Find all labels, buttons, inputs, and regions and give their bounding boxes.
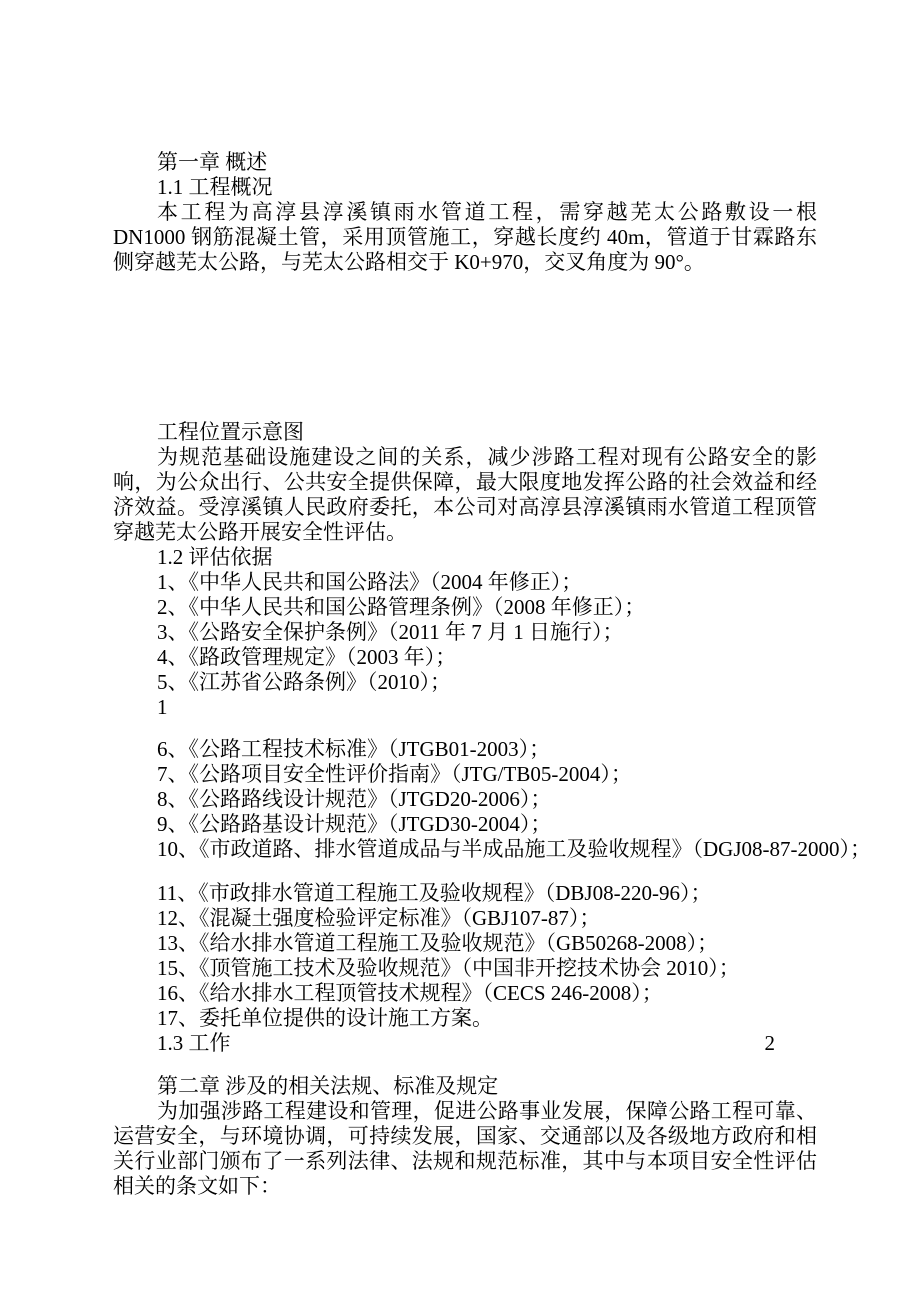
document-page: 第一章 概述 1.1 工程概况 本工程为高淳县淳溪镇雨水管道工程，需穿越芜太公路… bbox=[0, 0, 920, 1302]
reference-item-10: 10、《市政道路、排水管道成品与半成品施工及验收规程》（DGJ08-87-200… bbox=[113, 837, 817, 862]
chapter1-heading: 第一章 概述 bbox=[113, 150, 817, 175]
section-1-1-heading: 1.1 工程概况 bbox=[113, 175, 817, 200]
reference-item-8: 8、《公路路线设计规范》（JTGD20-2006）； bbox=[113, 787, 817, 812]
reference-item-12: 12、《混凝土强度检验评定标准》（GBJ107-87）； bbox=[113, 906, 817, 931]
chapter2-block: 第二章 涉及的相关法规、标准及规定 为加强涉路工程建设和管理，促进公路事业发展，… bbox=[113, 1074, 817, 1199]
reference-item-1: 1、《中华人民共和国公路法》（2004 年修正）； bbox=[113, 570, 817, 595]
references-block-3: 11、《市政排水管道工程施工及验收规程》（DBJ08-220-96）； 12、《… bbox=[113, 881, 817, 1056]
reference-item-16: 16、《给水排水工程顶管技术规程》（CECS 246-2008）； bbox=[113, 981, 817, 1006]
reference-item-7: 7、《公路项目安全性评价指南》（JTG/TB05-2004）； bbox=[113, 762, 817, 787]
section-1-2-heading: 1.2 评估依据 bbox=[113, 545, 817, 570]
reference-item-3: 3、《公路安全保护条例》（2011 年 7 月 1 日施行）； bbox=[113, 620, 817, 645]
reference-item-2: 2、《中华人民共和国公路管理条例》（2008 年修正）； bbox=[113, 595, 817, 620]
references-block-2: 6、《公路工程技术标准》（JTGB01-2003）； 7、《公路项目安全性评价指… bbox=[113, 737, 817, 862]
figure-caption: 工程位置示意图 bbox=[113, 420, 817, 445]
page-number-1: 1 bbox=[113, 695, 817, 720]
reference-item-13: 13、《给水排水管道工程施工及验收规范》（GB50268-2008）； bbox=[113, 931, 817, 956]
reference-item-9: 9、《公路路基设计规范》（JTGD30-2004）； bbox=[113, 812, 817, 837]
reference-item-17: 17、委托单位提供的设计施工方案。 bbox=[113, 1006, 817, 1031]
page-number-2: 2 bbox=[765, 1031, 776, 1056]
reference-item-15: 15、《顶管施工技术及验收规范》（中国非开挖技术协会 2010）； bbox=[113, 956, 817, 981]
reference-item-11: 11、《市政排水管道工程施工及验收规程》（DBJ08-220-96）； bbox=[113, 881, 817, 906]
section-1-3-row: 1.3 工作 2 bbox=[113, 1031, 817, 1056]
project-overview-paragraph: 本工程为高淳县淳溪镇雨水管道工程，需穿越芜太公路敷设一根 DN1000 钢筋混凝… bbox=[113, 200, 817, 275]
chapter2-heading: 第二章 涉及的相关法规、标准及规定 bbox=[113, 1074, 817, 1099]
background-paragraph: 为规范基础设施建设之间的关系，减少涉路工程对现有公路安全的影响，为公众出行、公共… bbox=[113, 445, 817, 545]
reference-item-5: 5、《江苏省公路条例》（2010）； bbox=[113, 670, 817, 695]
figure-placeholder bbox=[113, 285, 817, 418]
section-1-3-heading: 1.3 工作 bbox=[113, 1031, 231, 1056]
reference-item-4: 4、《路政管理规定》（2003 年）； bbox=[113, 645, 817, 670]
chapter1-intro-block: 第一章 概述 1.1 工程概况 本工程为高淳县淳溪镇雨水管道工程，需穿越芜太公路… bbox=[113, 150, 817, 275]
evaluation-basis-block: 工程位置示意图 为规范基础设施建设之间的关系，减少涉路工程对现有公路安全的影响，… bbox=[113, 420, 817, 720]
reference-item-6: 6、《公路工程技术标准》（JTGB01-2003）； bbox=[113, 737, 817, 762]
chapter2-paragraph: 为加强涉路工程建设和管理，促进公路事业发展，保障公路工程可靠、运营安全，与环境协… bbox=[113, 1099, 817, 1199]
